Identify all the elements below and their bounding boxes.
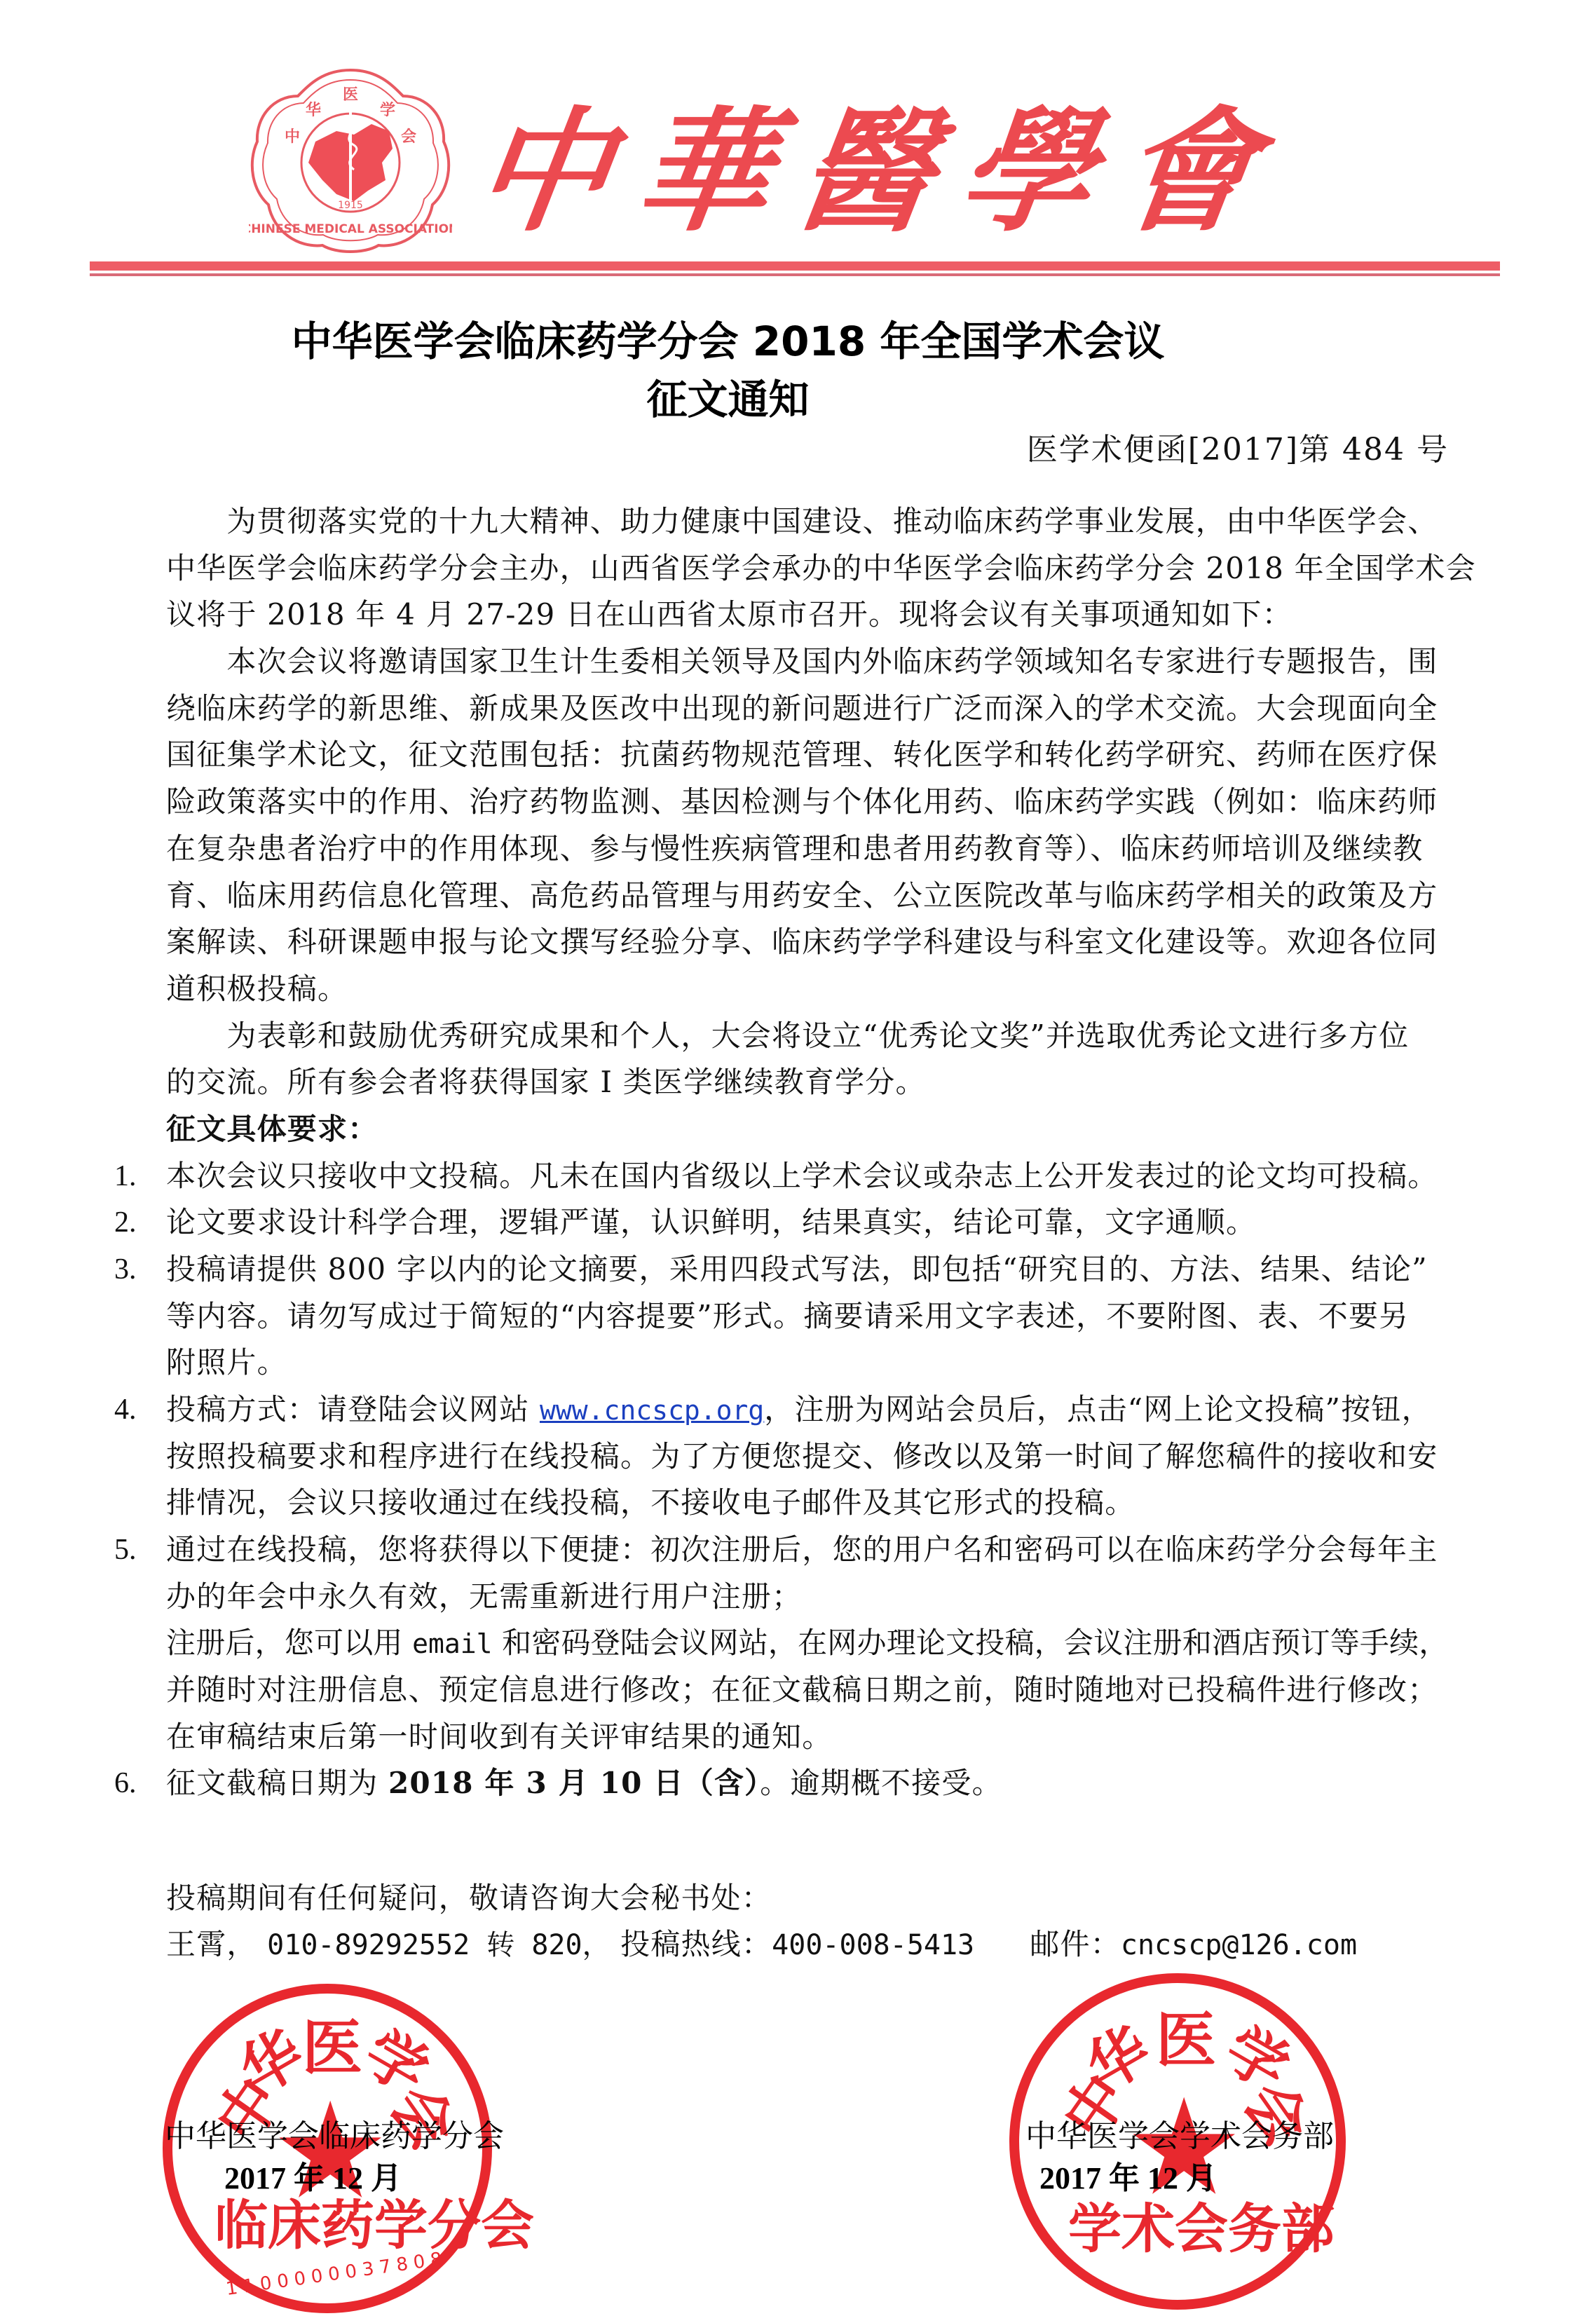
body-line: 道积极投稿。 [166,969,348,1009]
svg-text:华: 华 [306,101,321,119]
header-rule-thick [90,261,1500,271]
contact-phone: 010-89292552 转 820， [267,1929,610,1961]
body-line: 绕临床药学的新思维、新成果及医改中出现的新问题进行广泛而深入的学术交流。大会现面… [166,689,1438,728]
svg-text:CHINESE MEDICAL ASSOCIATION: CHINESE MEDICAL ASSOCIATION [249,222,452,236]
list-number: 6. [114,1764,137,1803]
header-rule-thin [90,273,1500,276]
document-subtitle: 征文通知 [0,375,1526,424]
list-item-line: 在审稿结束后第一时间收到有关评审结果的通知。 [166,1717,832,1757]
submission-method-text: ，注册为网站会员后，点击“网上论文投稿”按钮， [764,1392,1432,1426]
list-item-line: 投稿请提供 800 字以内的论文摘要，采用四段式写法，即包括“研究目的、方法、结… [166,1250,1428,1289]
list-number: 3. [114,1250,137,1289]
contact-email[interactable]: cncscp@126.com [1121,1929,1357,1961]
svg-text:医: 医 [343,86,358,104]
body-line: 案解读、科研课题申报与论文撰写经验分享、临床药学学科建设与科室文化建设等。欢迎各… [166,922,1438,962]
brand-char: 醫 [790,105,942,238]
list-item-line: 附照片。 [166,1343,287,1382]
registration-text: 注册后，您可以用 [166,1626,412,1660]
body-line: 中华医学会临床药学分会主办，山西省医学会承办的中华医学会临床药学分会 2018 … [166,549,1476,588]
signatory-date: 2017 年 12 月 [224,2159,402,2198]
signatory-date: 2017 年 12 月 [1039,2159,1217,2198]
registration-text: 和密码登陆会议网站，在网办理论文投稿，会议注册和酒店预订等手续， [493,1626,1449,1660]
list-item-line: 按照投稿要求和程序进行在线投稿。为了方便您提交、修改以及第一时间了解您稿件的接收… [166,1437,1438,1476]
list-item-line: 并随时对注册信息、预定信息进行修改；在征文截稿日期之前，随时随地对已投稿件进行修… [166,1670,1438,1710]
brand-calligraphy: 中 華 醫 學 會 [465,91,1266,252]
brand-char: 學 [951,105,1103,238]
body-line: 险政策落实中的作用、治疗药物监测、基因检测与个体化用药、临床药学实践（例如：临床… [166,782,1438,822]
seal-char: 医 [1156,1991,1216,2078]
document-number: 医学术便函[2017]第 484 号 [1027,429,1449,471]
contact-name: 王霄， [166,1927,257,1961]
signatory-org: 中华医学会临床药学分会 [165,2117,504,2156]
body-line: 的交流。所有参会者将获得国家 I 类医学继续教育学分。 [166,1063,926,1102]
list-item-line: 注册后，您可以用 email 和密码登陆会议网站，在网办理论文投稿，会议注册和酒… [166,1623,1449,1663]
svg-text:学: 学 [380,101,395,119]
requirements-heading: 征文具体要求： [166,1110,378,1149]
brand-char: 會 [1112,105,1264,238]
svg-text:1915: 1915 [338,200,363,211]
svg-text:中: 中 [285,128,300,146]
list-item-line: 等内容。请勿写成过于简短的“内容提要”形式。摘要请采用文字表述，不要附图、表、不… [166,1297,1409,1336]
deadline-text: 。逾期概不接受。 [760,1766,1002,1800]
deadline-date: 2018 年 3 月 10 日（含） [388,1766,760,1800]
body-line: 育、临床用药信息化管理、高危药品管理与用药安全、公立医院改革与临床药学相关的政策… [166,876,1438,915]
body-line: 为贯彻落实党的十九大精神、助力健康中国建设、推动临床药学事业发展，由中华医学会、 [166,502,1438,541]
deadline-line: 征文截稿日期为 2018 年 3 月 10 日（含）。逾期概不接受。 [166,1764,1002,1803]
list-item-line: 通过在线投稿，您将获得以下便捷：初次注册后，您的用户名和密码可以在临床药学分会每… [166,1530,1438,1569]
brand-char: 華 [629,105,781,238]
list-item-line: 论文要求设计科学合理，逻辑严谨，认识鲜明，结果真实，结论可靠，文字通顺。 [166,1203,1256,1242]
contact-intro: 投稿期间有任何疑问，敬请咨询大会秘书处： [166,1879,772,1918]
body-line: 本次会议将邀请国家卫生计生委相关领导及国内外临床药学领域知名专家进行专题报告，围 [166,642,1438,681]
list-item-line: 本次会议只接收中文投稿。凡未在国内省级以上学术会议或杂志上公开发表过的论文均可投… [166,1157,1438,1196]
submission-method-text: 投稿方式：请登陆会议网站 [166,1392,540,1426]
body-line: 为表彰和鼓励优秀研究成果和个人，大会将设立“优秀论文奖”并选取优秀论文进行多方位 [166,1016,1409,1056]
hotline-number: 400-008-5413 [772,1929,974,1961]
brand-char: 中 [468,105,620,238]
svg-text:会: 会 [401,128,416,146]
cma-emblem-icon: 医 华 中 学 会 1915 CHINESE MEDICAL ASSOCIATI… [249,64,452,254]
body-line: 在复杂患者治疗中的作用体现、参与慢性疾病管理和患者用药教育等）、临床药师培训及继… [166,829,1423,868]
email-term: email [412,1628,492,1659]
conference-website-link[interactable]: www.cncscp.org [540,1395,764,1426]
list-number: 1. [114,1157,137,1196]
cma-logo: 医 华 中 学 会 1915 CHINESE MEDICAL ASSOCIATI… [249,64,452,254]
list-number: 2. [114,1203,137,1242]
list-number: 4. [114,1390,137,1429]
list-item-line: 办的年会中永久有效，无需重新进行用户注册； [166,1577,802,1616]
signatory-org: 中华医学会学术会务部 [1025,2117,1334,2156]
list-item-line: 排情况，会议只接收通过在线投稿，不接收电子邮件及其它形式的投稿。 [166,1483,1135,1522]
document-title: 中华医学会临床药学分会 2018 年全国学术会议 [0,317,1526,366]
body-line: 议将于 2018 年 4 月 27-29 日在山西省太原市召开。现将会议有关事项… [166,595,1293,634]
deadline-text: 征文截稿日期为 [166,1766,388,1800]
list-number: 5. [114,1530,137,1569]
hotline-label: 投稿热线： [620,1927,772,1961]
contact-line: 王霄， 010-89292552 转 820， 投稿热线：400-008-541… [166,1925,1357,1965]
body-line: 国征集学术论文，征文范围包括：抗菌药物规范管理、转化医学和转化药学研究、药师在医… [166,735,1438,775]
email-label: 邮件： [1030,1927,1121,1961]
list-item-line: 投稿方式：请登陆会议网站 www.cncscp.org，注册为网站会员后，点击“… [166,1390,1432,1430]
